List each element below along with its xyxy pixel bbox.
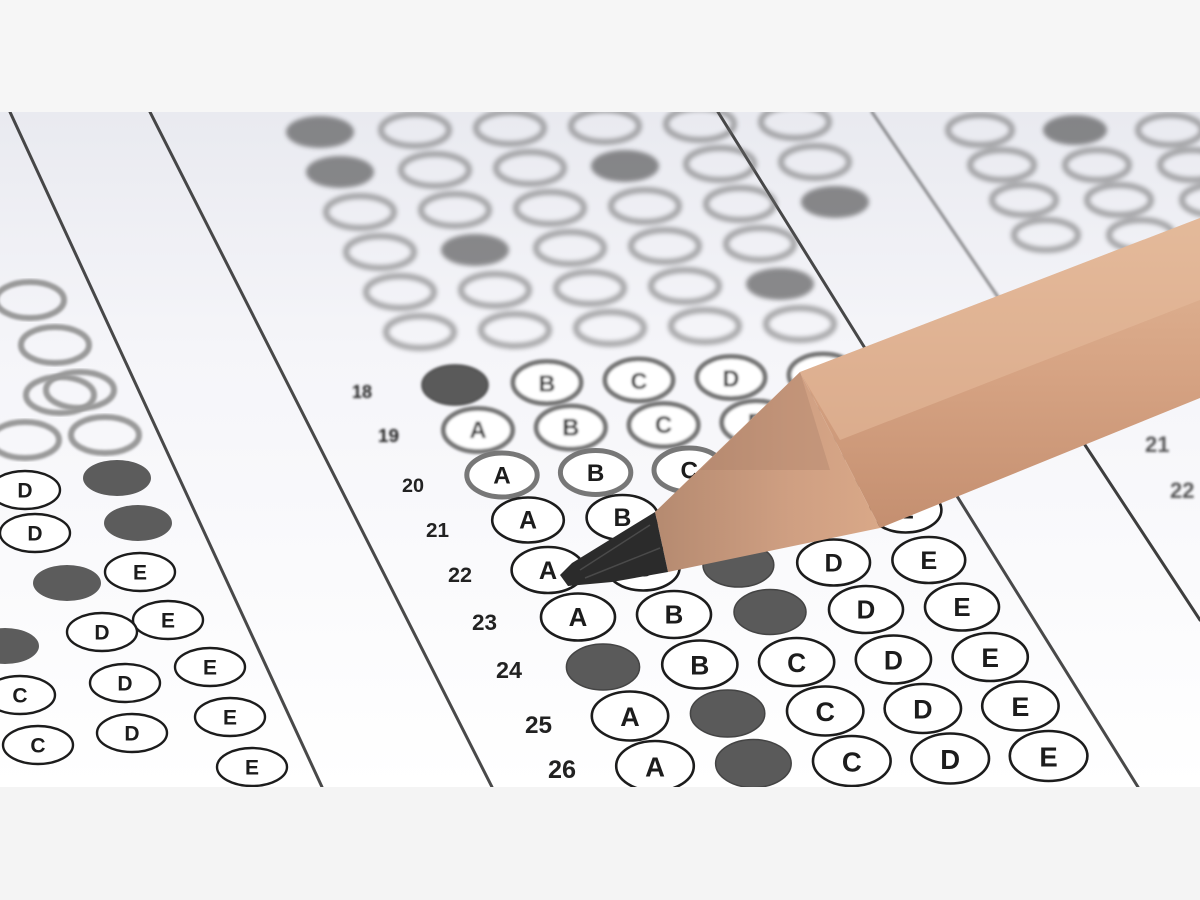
bubble-letter: A [569, 604, 588, 632]
filled-bubble [690, 690, 764, 737]
answer-bubble[interactable]: A [492, 498, 564, 543]
top-margin-band [0, 0, 1200, 112]
blurred-bubble [591, 150, 659, 182]
right-question-number: 21 [1145, 432, 1169, 457]
answer-bubble[interactable]: E [1010, 731, 1088, 781]
answer-bubble[interactable]: A [443, 409, 512, 452]
answer-bubble[interactable]: C [629, 404, 698, 447]
answer-bubble[interactable]: D [797, 540, 870, 586]
answer-bubble[interactable]: D [0, 471, 60, 509]
question-number: 22 [448, 562, 472, 587]
bubble-letter: E [203, 657, 217, 680]
bubble-letter: E [953, 594, 970, 622]
question-number: 24 [496, 657, 522, 683]
answer-bubble[interactable]: B [637, 591, 711, 638]
bottom-margin-band [0, 787, 1200, 900]
question-number: 25 [525, 712, 552, 739]
filled-bubble [566, 644, 639, 690]
answer-bubble[interactable]: B [513, 362, 581, 404]
answer-bubble[interactable]: D [697, 357, 765, 399]
bubble-letter: D [940, 744, 960, 775]
bubble-letter: B [562, 416, 579, 442]
answer-bubble[interactable]: D [0, 514, 70, 552]
answer-bubble[interactable]: B [662, 641, 737, 689]
answer-bubble[interactable]: C [3, 726, 73, 764]
answer-bubble[interactable]: E [925, 584, 999, 631]
bubble-letter: C [842, 747, 862, 778]
bubble-letter: C [30, 735, 45, 758]
answer-bubble[interactable]: D [97, 714, 167, 752]
bubble-letter: E [1011, 692, 1029, 722]
answer-bubble[interactable]: B [560, 451, 630, 495]
answer-bubble[interactable] [422, 365, 488, 405]
bubble-letter: B [613, 505, 631, 532]
blurred-bubble [441, 234, 509, 266]
bubble-letter: A [493, 463, 510, 490]
blurred-bubble [1043, 115, 1107, 145]
bubble-letter: B [587, 460, 604, 487]
bubble-letter: E [981, 643, 999, 673]
bubble-letter: D [913, 695, 932, 725]
answer-bubble[interactable]: C [759, 638, 834, 686]
answer-bubble[interactable]: A [467, 453, 537, 497]
answer-bubble[interactable] [690, 690, 764, 737]
answer-bubble[interactable]: E [217, 748, 287, 786]
bubble-letter: D [27, 523, 42, 546]
filled-bubble[interactable] [33, 565, 101, 601]
right-question-number: 22 [1170, 478, 1194, 503]
bubble-letter: C [655, 413, 672, 439]
answer-bubble[interactable]: C [605, 359, 673, 401]
blurred-bubble [286, 116, 354, 148]
answer-bubble[interactable] [566, 644, 639, 690]
bubble-letter: E [920, 547, 937, 575]
blurred-bubble [306, 156, 374, 188]
question-number: 18 [352, 382, 372, 402]
bubble-letter: D [824, 550, 842, 578]
answer-bubble[interactable]: D [829, 586, 903, 633]
answer-bubble[interactable]: C [813, 736, 891, 786]
bubble-letter: E [133, 562, 147, 585]
blurred-bubble [746, 268, 814, 300]
filled-bubble [716, 740, 792, 788]
bubble-letter: A [519, 508, 537, 535]
answer-bubble[interactable]: E [105, 553, 175, 591]
filled-bubble[interactable] [104, 505, 172, 541]
answer-bubble[interactable]: E [175, 648, 245, 686]
question-number: 20 [402, 475, 424, 497]
answer-bubble[interactable]: E [195, 698, 265, 736]
bubble-letter: C [815, 697, 834, 727]
answer-bubble[interactable]: C [0, 676, 55, 714]
answer-sheet-scene: DDEEDECDECDE 18BCDE19ABCDE20ABCDE21ABCDE… [0, 112, 1200, 787]
bubble-letter: B [665, 602, 684, 630]
bubble-letter: A [620, 702, 639, 732]
question-number: 21 [426, 519, 449, 542]
answer-bubble[interactable]: E [133, 601, 203, 639]
bubble-letter: A [645, 752, 665, 783]
answer-bubble[interactable]: B [536, 406, 605, 449]
answer-bubble[interactable]: E [892, 537, 965, 583]
bubble-letter: C [631, 368, 648, 394]
answer-bubble[interactable] [716, 740, 792, 788]
bubble-letter: D [124, 723, 139, 746]
answer-bubble[interactable]: E [953, 633, 1028, 681]
bubble-letter: E [245, 757, 259, 780]
answer-bubble[interactable]: A [541, 594, 615, 641]
bubble-letter: D [884, 646, 903, 676]
bubble-letter: A [539, 557, 557, 585]
bubble-letter: A [469, 418, 486, 444]
filled-bubble [734, 590, 806, 635]
answer-sheet-photo: DDEEDECDECDE 18BCDE19ABCDE20ABCDE21ABCDE… [0, 112, 1200, 787]
bubble-letter: B [539, 371, 556, 397]
question-number: 26 [548, 756, 576, 784]
answer-bubble[interactable]: D [856, 636, 931, 684]
answer-bubble[interactable]: D [911, 734, 989, 784]
answer-bubble[interactable]: D [67, 613, 137, 651]
blurred-bubble [801, 186, 869, 218]
bubble-letter: C [12, 685, 27, 708]
answer-bubble[interactable]: A [616, 741, 694, 787]
answer-bubble[interactable]: C [787, 687, 863, 736]
bubble-letter: E [161, 610, 175, 633]
filled-bubble[interactable] [83, 460, 151, 496]
bubble-letter: D [94, 622, 109, 645]
filled-bubble [422, 365, 488, 405]
bubble-letter: D [857, 597, 876, 625]
answer-bubble[interactable] [734, 590, 806, 635]
bubble-letter: D [723, 366, 740, 392]
answer-bubble[interactable]: D [90, 664, 160, 702]
question-number: 19 [378, 426, 399, 447]
bubble-letter: B [690, 651, 709, 681]
answer-bubble[interactable]: A [592, 692, 668, 741]
answer-bubble[interactable]: E [982, 682, 1058, 731]
bubble-letter: D [117, 673, 132, 696]
question-number: 23 [472, 610, 497, 635]
answer-bubble[interactable]: D [885, 684, 961, 733]
bubble-letter: E [223, 707, 237, 730]
bubble-letter: C [787, 648, 806, 678]
bubble-letter: E [1039, 742, 1057, 773]
bubble-letter: D [17, 480, 32, 503]
